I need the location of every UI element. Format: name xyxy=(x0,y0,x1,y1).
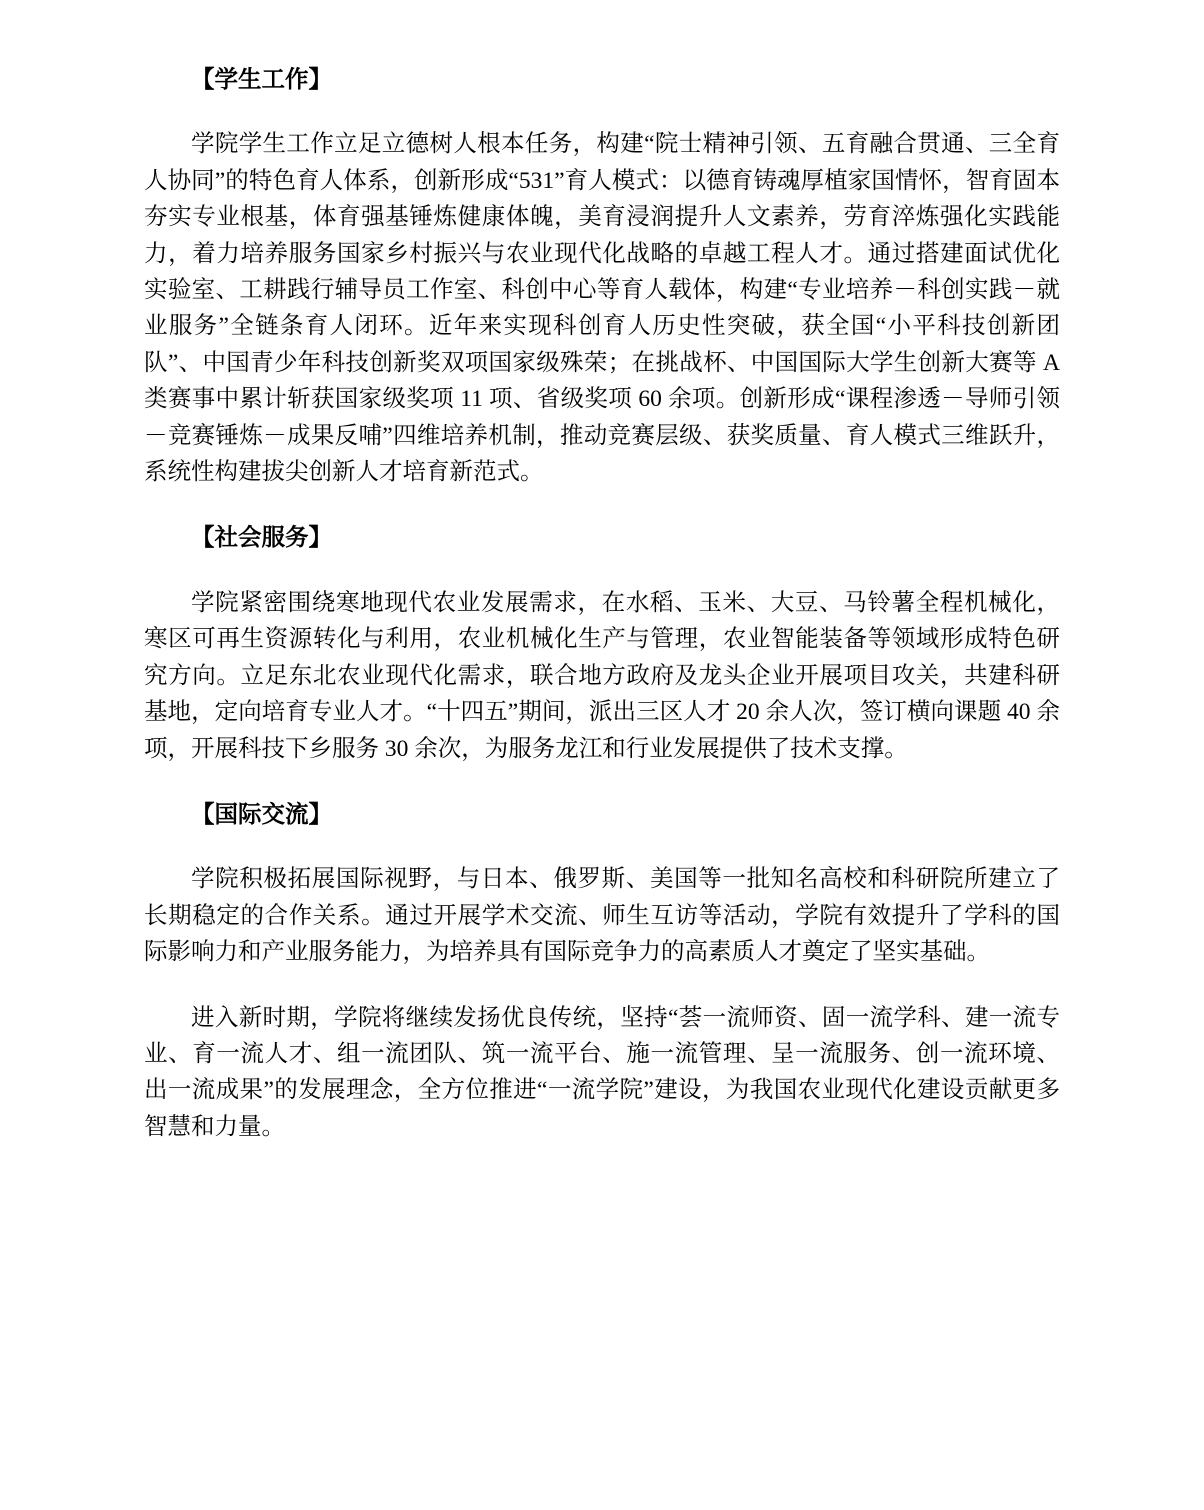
document-page: 【学生工作】 学院学生工作立足立德树人根本任务，构建“院士精神引领、五育融合贯通… xyxy=(0,0,1204,1510)
section-closing: 进入新时期，学院将继续发扬优良传统，坚持“荟一流师资、固一流学科、建一流专业、育… xyxy=(144,1000,1060,1146)
student-work-paragraph: 学院学生工作立足立德树人根本任务，构建“院士精神引领、五育融合贯通、三全育人协同… xyxy=(144,126,1060,490)
social-service-paragraph: 学院紧密围绕寒地现代农业发展需求，在水稻、玉米、大豆、马铃薯全程机械化，寒区可再… xyxy=(144,585,1060,767)
international-exchange-paragraph: 学院积极拓展国际视野，与日本、俄罗斯、美国等一批知名高校和科研院所建立了长期稳定… xyxy=(144,861,1060,970)
section-heading-international-exchange: 【国际交流】 xyxy=(144,796,1060,832)
section-student-work: 【学生工作】 学院学生工作立足立德树人根本任务，构建“院士精神引领、五育融合贯通… xyxy=(144,61,1060,490)
closing-paragraph: 进入新时期，学院将继续发扬优良传统，坚持“荟一流师资、固一流学科、建一流专业、育… xyxy=(144,1000,1060,1146)
section-heading-student-work: 【学生工作】 xyxy=(144,61,1060,97)
section-social-service: 【社会服务】 学院紧密围绕寒地现代农业发展需求，在水稻、玉米、大豆、马铃薯全程机… xyxy=(144,519,1060,766)
section-international-exchange: 【国际交流】 学院积极拓展国际视野，与日本、俄罗斯、美国等一批知名高校和科研院所… xyxy=(144,796,1060,971)
section-heading-social-service: 【社会服务】 xyxy=(144,519,1060,555)
